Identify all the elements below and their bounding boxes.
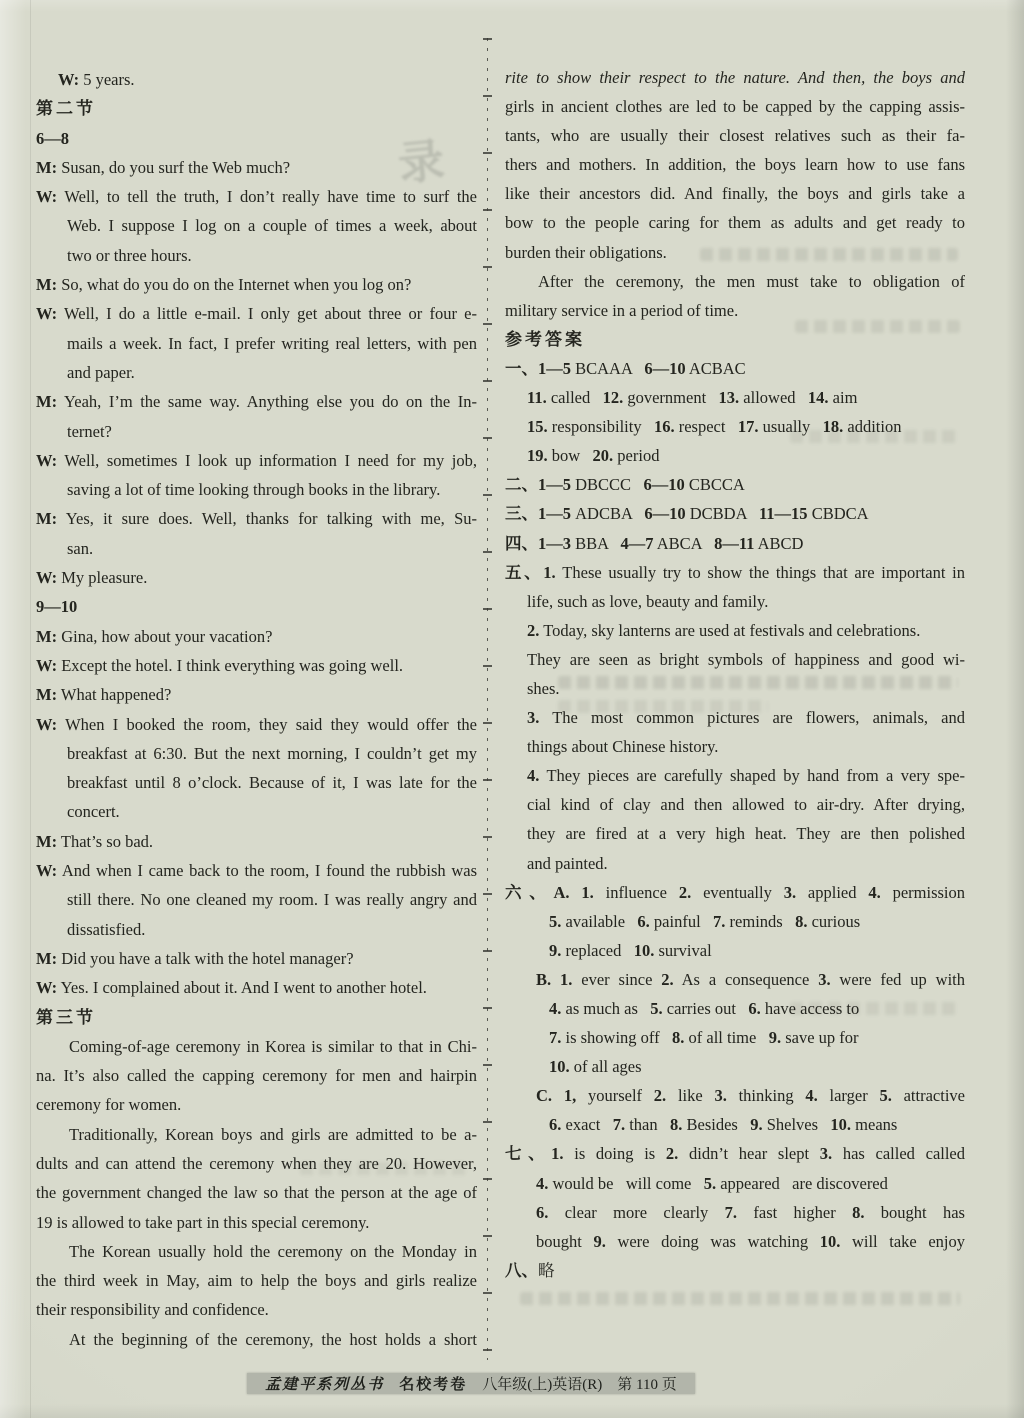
text-line: 10. of all ages — [549, 1052, 965, 1081]
text-line: 4. They pieces are carefully shaped by h… — [527, 761, 965, 790]
text-line: 5. available 6. painful 7. reminds 8. cu… — [549, 907, 965, 936]
text-line: 6. exact 7. than 8. Besides 9. Shelves 1… — [549, 1110, 965, 1139]
text-line: M: That’s so bad. — [36, 827, 477, 856]
text-line: their responsibility and confidence. — [36, 1295, 477, 1324]
text-line: 第三节 — [36, 1003, 477, 1032]
text-line: 19. bow 20. period — [527, 441, 965, 470]
text-line: 9. replaced 10. survival — [549, 936, 965, 965]
text-line: concert. — [67, 797, 477, 826]
text-line: dults and can attend the ceremony when t… — [36, 1149, 477, 1178]
text-line: 四、1—3 BBA 4—7 ABCA 8—11 ABCD — [505, 529, 965, 558]
text-line: like their ancestors did. And finally, t… — [505, 179, 965, 208]
text-line: B. 1. ever since 2. As a consequence 3. … — [536, 965, 965, 994]
text-line: rite to show their respect to the nature… — [505, 63, 965, 92]
text-line: 六、A. 1. influence 2. eventually 3. appli… — [505, 878, 965, 907]
text-line: W: Well, to tell the truth, I don’t real… — [36, 182, 477, 211]
text-line: The Korean usually hold the ceremony on … — [36, 1237, 477, 1266]
text-line: After the ceremony, the men must take to… — [505, 267, 965, 296]
text-line: the government changed the law so that t… — [36, 1178, 477, 1207]
text-line: bought 9. were doing was watching 10. wi… — [536, 1227, 965, 1256]
text-line: na. It’s also called the capping ceremon… — [36, 1061, 477, 1090]
text-line: and paper. — [67, 358, 477, 387]
text-line: M: Did you have a talk with the hotel ma… — [36, 944, 477, 973]
text-line: san. — [67, 534, 477, 563]
text-line: 一、1—5 BCAAA 6—10 ACBAC — [505, 354, 965, 383]
text-line: W: Yes. I complained about it. And I wen… — [36, 973, 477, 1002]
text-line: things about Chinese history. — [527, 732, 965, 761]
text-line: 11. called 12. government 13. allowed 14… — [527, 383, 965, 412]
text-line: M: Susan, do you surf the Web much? — [36, 153, 477, 182]
text-line: M: What happened? — [36, 680, 477, 709]
text-line: ternet? — [67, 417, 477, 446]
text-line: the third week in May, aim to help the b… — [36, 1266, 477, 1295]
text-line: 三、1—5 ADCBA 6—10 DCBDA 11—15 CBDCA — [505, 499, 965, 528]
right-column: rite to show their respect to the nature… — [505, 63, 965, 1285]
page-crease-line — [30, 0, 31, 1418]
text-line: 4. as much as 5. carries out 6. have acc… — [549, 994, 965, 1023]
text-line: W: Except the hotel. I think everything … — [36, 651, 477, 680]
text-line: dissatisfied. — [67, 915, 477, 944]
footer-bar: 孟建平系列丛书 名校考卷 八年级(上)英语(R) 第 110 页 — [247, 1373, 695, 1394]
text-line: 19 is allowed to take part in this speci… — [36, 1208, 477, 1237]
text-line: W: 5 years. — [58, 65, 477, 94]
text-line: 七、1. is doing is 2. didn’t hear slept 3.… — [505, 1139, 965, 1168]
text-line: M: Gina, how about your vacation? — [36, 622, 477, 651]
text-line: W: Well, sometimes I look up information… — [36, 446, 477, 475]
text-line: 参考答案 — [505, 325, 965, 354]
text-line: breakfast until 8 o’clock. Because of it… — [67, 768, 477, 797]
text-line: 7. is showing off 8. of all time 9. save… — [549, 1023, 965, 1052]
text-line: still there. No one cleaned my room. I w… — [67, 885, 477, 914]
text-line: 二、1—5 DBCCC 6—10 CBCCA — [505, 470, 965, 499]
left-column: W: 5 years.第二节6—8M: Susan, do you surf t… — [36, 65, 477, 1354]
footer-page-number: 第 110 页 — [617, 1373, 676, 1394]
text-line: 6—8 — [36, 124, 477, 153]
text-line: 八、略 — [505, 1256, 965, 1285]
text-line: 6. clear more clearly 7. fast higher 8. … — [536, 1198, 965, 1227]
text-line: 五、1. These usually try to show the thing… — [505, 558, 965, 587]
text-line: 15. responsibility 16. respect 17. usual… — [527, 412, 965, 441]
text-line: saving a lot of time looking through boo… — [67, 475, 477, 504]
text-line: and painted. — [527, 849, 965, 878]
column-divider — [483, 38, 492, 1360]
text-line: W: And when I came back to the room, I f… — [36, 856, 477, 885]
text-line: shes. — [527, 674, 965, 703]
footer-series-title: 孟建平系列丛书 — [265, 1373, 384, 1394]
text-line: 第二节 — [36, 94, 477, 123]
text-line: ceremony for women. — [36, 1090, 477, 1119]
text-line: 2. Today, sky lanterns are used at festi… — [527, 616, 965, 645]
text-line: M: So, what do you do on the Internet wh… — [36, 270, 477, 299]
text-line: W: My pleasure. — [36, 563, 477, 592]
text-line: bow to the people caring for them as adu… — [505, 208, 965, 237]
text-line: 4. would be will come 5. appeared are di… — [536, 1169, 965, 1198]
text-line: they are fired at a very high heat. They… — [527, 819, 965, 848]
text-line: tants, who are usually their closest rel… — [505, 121, 965, 150]
text-line: Web. I suppose I log on a couple of time… — [67, 211, 477, 240]
footer-product-title: 名校考卷 — [399, 1373, 467, 1394]
text-line: two or three hours. — [67, 241, 477, 270]
text-line: burden their obligations. — [505, 238, 965, 267]
text-line: military service in a period of time. — [505, 296, 965, 325]
text-line: breakfast at 6:30. But the next morning,… — [67, 739, 477, 768]
footer-edition: 八年级(上)英语(R) — [482, 1373, 602, 1394]
text-line: life, such as love, beauty and family. — [527, 587, 965, 616]
text-line: M: Yes, it sure does. Well, thanks for t… — [36, 504, 477, 533]
book-page: 录 W: 5 years.第二节6—8M: Susan, do you surf… — [0, 0, 1024, 1418]
text-line: They are seen as bright symbols of happi… — [527, 645, 965, 674]
text-line: M: Yeah, I’m the same way. Anything else… — [36, 387, 477, 416]
text-line: cial kind of clay and then allowed to ai… — [527, 790, 965, 819]
text-line: girls in ancient clothes are led to be c… — [505, 92, 965, 121]
text-line: W: When I booked the room, they said the… — [36, 710, 477, 739]
text-line: At the beginning of the ceremony, the ho… — [36, 1325, 477, 1354]
text-line: mails a week. In fact, I prefer writing … — [67, 329, 477, 358]
text-line: W: Well, I do a little e-mail. I only ge… — [36, 299, 477, 328]
bleedthrough-text — [520, 1292, 960, 1305]
text-line: thers and mothers. In addition, the boys… — [505, 150, 965, 179]
text-line: 3. The most common pictures are flowers,… — [527, 703, 965, 732]
text-line: Coming-of-age ceremony in Korea is simil… — [36, 1032, 477, 1061]
text-line: C. 1, yourself 2. like 3. thinking 4. la… — [536, 1081, 965, 1110]
text-line: Traditionally, Korean boys and girls are… — [36, 1120, 477, 1149]
text-line: 9—10 — [36, 592, 477, 621]
